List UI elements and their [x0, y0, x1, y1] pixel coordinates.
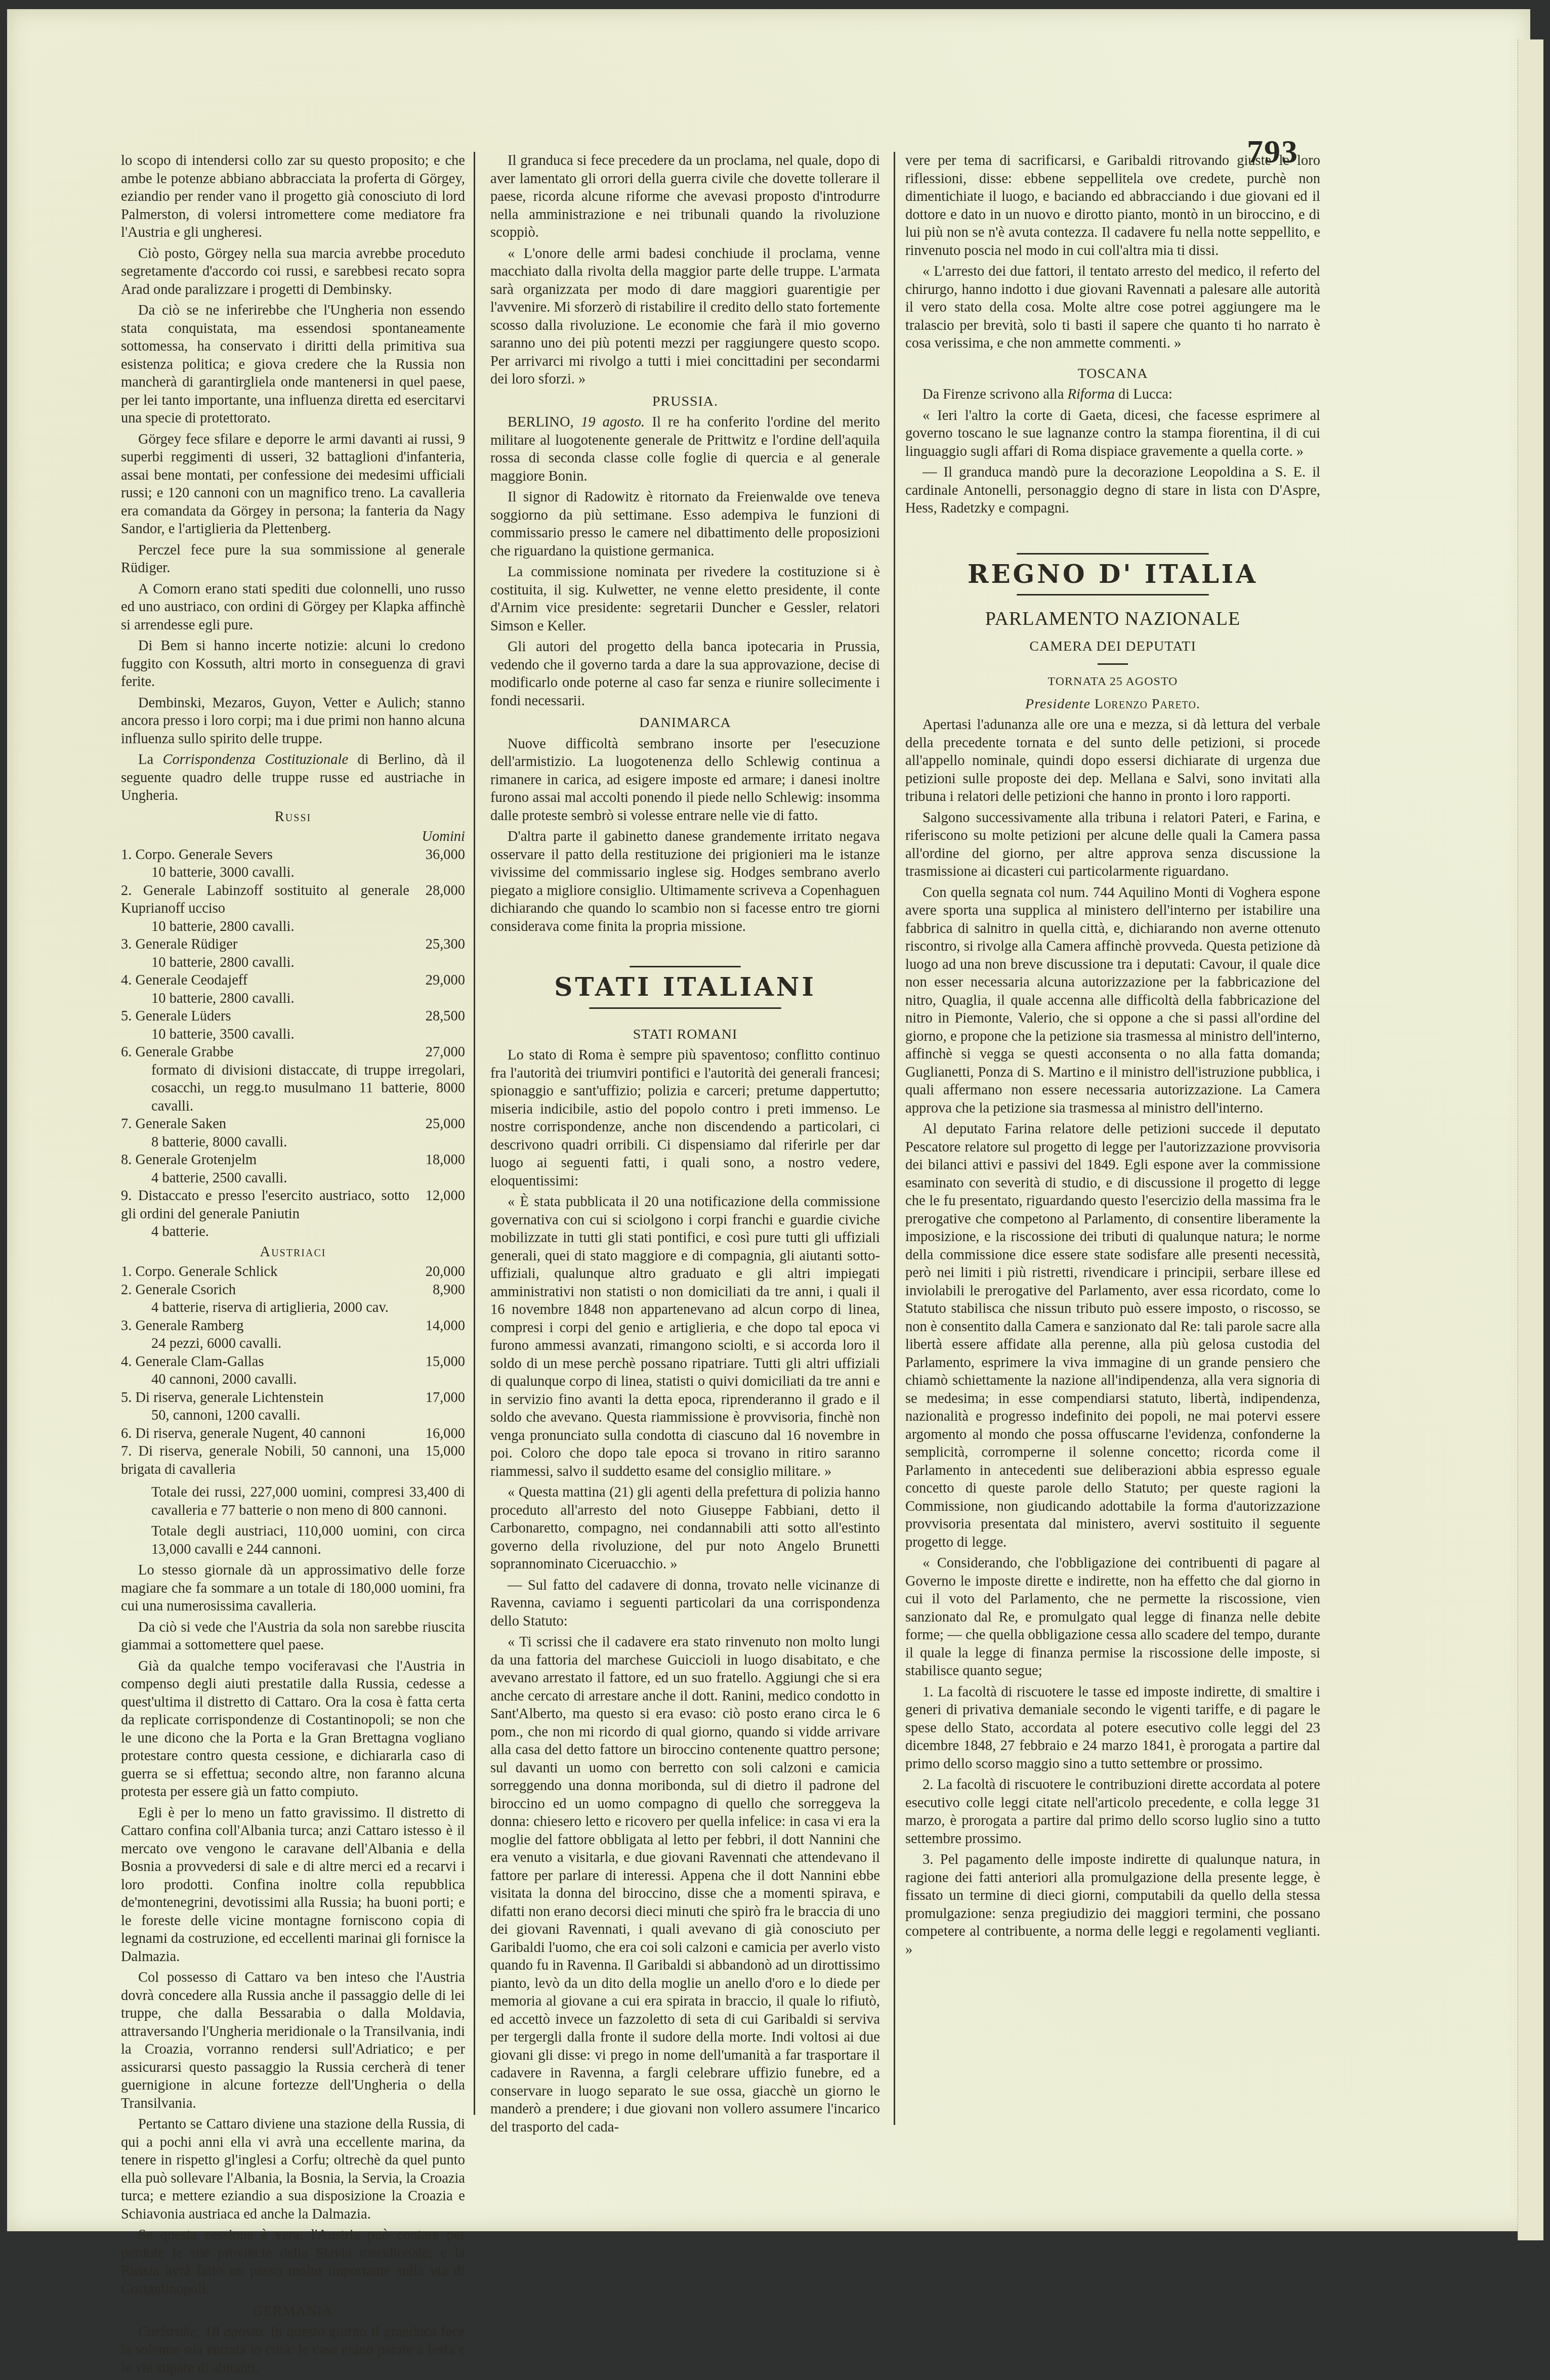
- section-heading-prussia: PRUSSIA.: [490, 393, 880, 411]
- unit-label: 9. Distaccato e presso l'esercito austri…: [121, 1187, 409, 1223]
- dateline-date: 19 agosto.: [581, 414, 645, 430]
- unit-label: 6. Generale Grabbe: [121, 1043, 409, 1061]
- heading-camera: CAMERA DEI DEPUTATI: [905, 637, 1320, 656]
- unit-detail: 8 batterie, 8000 cavalli.: [121, 1133, 465, 1152]
- unit-label: 2. Generale Labinzoff sostituito al gene…: [121, 882, 409, 918]
- page-edge: [1518, 39, 1543, 2235]
- unit-detail: 24 pezzi, 6000 cavalli.: [121, 1335, 465, 1353]
- paragraph: « L'onore delle armi badesi conchiude il…: [490, 245, 880, 389]
- unit-men: 25,300: [409, 936, 465, 954]
- paragraph: Già da qualche tempo vociferavasi che l'…: [121, 1657, 465, 1801]
- table-row: 6. Di riserva, generale Nugent, 40 canno…: [121, 1425, 465, 1443]
- unit-detail: 10 batterie, 2800 cavalli.: [121, 918, 465, 936]
- paragraph: « È stata pubblicata il 20 una notificaz…: [490, 1193, 880, 1480]
- unit-men: 15,000: [409, 1442, 465, 1461]
- unit-men: 25,000: [409, 1115, 465, 1133]
- paragraph: Da ciò si vede che l'Austria da sola non…: [121, 1619, 465, 1654]
- paragraph: Egli è per lo meno un fatto gravissimo. …: [121, 1804, 465, 1966]
- table-row: 4. Generale Ceodajeff29,000: [121, 971, 465, 990]
- section-heading-danimarca: DANIMARCA: [490, 714, 880, 732]
- paragraph: Gli autori del progetto della banca ipot…: [490, 638, 880, 710]
- column-3: vere per tema di sacrificarsi, e Garibal…: [905, 152, 1320, 1962]
- paragraph: Lo stesso giornale dà un approssimativo …: [121, 1561, 465, 1616]
- unit-men: 36,000: [409, 846, 465, 864]
- paragraph: Il signor di Radowitz è ritornato da Fre…: [490, 488, 880, 560]
- unit-detail: formato di divisioni distaccate, di trup…: [121, 1061, 465, 1116]
- table-row: 3. Generale Ramberg14,000: [121, 1317, 465, 1335]
- column-rule: [474, 152, 475, 2115]
- unit-label: 2. Generale Csorich: [121, 1281, 409, 1299]
- paragraph: La commissione nominata per rivedere la …: [490, 563, 880, 635]
- unit-label: 6. Di riserva, generale Nugent, 40 canno…: [121, 1425, 409, 1443]
- paragraph: « Ieri l'altro la corte di Gaeta, dicesi…: [905, 407, 1320, 461]
- paragraph: Pertanto se Cattaro diviene una stazione…: [121, 2115, 465, 2223]
- table-row: 6. Generale Grabbe27,000: [121, 1043, 465, 1061]
- unit-men: 8,900: [409, 1281, 465, 1299]
- unit-label: 3. Generale Ramberg: [121, 1317, 409, 1335]
- paragraph: Perczel fece pure la sua sommissione al …: [121, 541, 465, 577]
- column-2: Il granduca si fece precedere da un proc…: [490, 152, 880, 2139]
- paragraph: Apertasi l'adunanza alle ore una e mezza…: [905, 716, 1320, 806]
- table-column-header: Uomini: [121, 828, 465, 846]
- paragraph: Con quella segnata col num. 744 Aquilino…: [905, 884, 1320, 1118]
- total-austriaci: Totale degli austriaci, 110,000 uomini, …: [121, 1522, 465, 1558]
- unit-men: 29,000: [409, 971, 465, 990]
- paragraph: lo scopo di intendersi collo zar su ques…: [121, 152, 465, 242]
- table-row: 5. Di riserva, generale Lichtenstein17,0…: [121, 1389, 465, 1407]
- paragraph: Di Bem si hanno incerte notizie: alcuni …: [121, 637, 465, 691]
- section-heading-regno: REGNO D' ITALIA: [905, 565, 1320, 583]
- paragraph: 1. La facoltà di riscuotere le tasse ed …: [905, 1683, 1320, 1773]
- unit-label: 8. Generale Grotenjelm: [121, 1151, 409, 1169]
- unit-men: 16,000: [409, 1425, 465, 1443]
- paragraph: Col possesso di Cattaro va ben inteso ch…: [121, 1969, 465, 2112]
- paragraph: D'altra parte il gabinetto danese grande…: [490, 828, 880, 936]
- unit-men: 28,000: [409, 882, 465, 900]
- table-row: 5. Generale Lüders28,500: [121, 1007, 465, 1026]
- unit-detail: 10 batterie, 3000 cavalli.: [121, 864, 465, 882]
- unit-label: 4. Generale Clam-Gallas: [121, 1353, 409, 1371]
- unit-label: 7. Di riserva, generale Nobili, 50 canno…: [121, 1442, 409, 1478]
- paragraph: 2. La facoltà di riscuotere le contribuz…: [905, 1776, 1320, 1848]
- table-row: 9. Distaccato e presso l'esercito austri…: [121, 1187, 465, 1223]
- table-row: 1. Corpo. Generale Severs36,000: [121, 846, 465, 864]
- unit-label: 5. Generale Lüders: [121, 1007, 409, 1026]
- unit-detail: 10 batterie, 2800 cavalli.: [121, 954, 465, 972]
- paragraph: « Ti scrissi che il cadavere era stato r…: [490, 1633, 880, 2136]
- unit-men: 18,000: [409, 1151, 465, 1169]
- unit-men: 27,000: [409, 1043, 465, 1061]
- dateline-place: BERLINO,: [508, 414, 574, 430]
- column-1: lo scopo di intendersi collo zar su ques…: [121, 152, 465, 2235]
- total-russi: Totale dei russi, 227,000 uomini, compre…: [121, 1483, 465, 1519]
- unit-men: 14,000: [409, 1317, 465, 1335]
- source-title: Riforma: [1067, 387, 1114, 402]
- paragraph: 3. Pel pagamento delle imposte indirette…: [905, 1851, 1320, 1959]
- table-row: 3. Generale Rüdiger25,300: [121, 936, 465, 954]
- paragraph: Da Firenze scrivono alla Riforma di Lucc…: [905, 386, 1320, 404]
- unit-detail: 4 batterie, riserva di artiglieria, 2000…: [121, 1299, 465, 1317]
- unit-men: 15,000: [409, 1353, 465, 1371]
- unit-men: 17,000: [409, 1389, 465, 1407]
- unit-label: 7. Generale Saken: [121, 1115, 409, 1133]
- ornament-divider: [1017, 551, 1209, 556]
- table-section-russi: Russi: [121, 808, 465, 826]
- ornament-divider: [589, 1005, 781, 1010]
- paragraph: Il granduca si fece precedere da un proc…: [490, 152, 880, 242]
- heading-presidente: Presidente Lorenzo Pareto.: [905, 695, 1320, 713]
- unit-men: 28,500: [409, 1007, 465, 1026]
- heading-parlamento: PARLAMENTO NAZIONALE: [905, 610, 1320, 628]
- table-row: 4. Generale Clam-Gallas15,000: [121, 1353, 465, 1371]
- paragraph: « Questa mattina (21) gli agenti della p…: [490, 1483, 880, 1574]
- paragraph: Görgey fece sfilare e deporre le armi da…: [121, 431, 465, 538]
- paragraph: « Considerando, che l'obbligazione dei c…: [905, 1554, 1320, 1680]
- ornament-divider: [1017, 592, 1209, 597]
- table-row: 2. Generale Labinzoff sostituito al gene…: [121, 882, 465, 918]
- table-row: 7. Generale Saken25,000: [121, 1115, 465, 1133]
- section-heading-stati-italiani: STATI ITALIANI: [490, 978, 880, 996]
- table-row: 2. Generale Csorich8,900: [121, 1281, 465, 1299]
- table-section-austriaci: Austriaci: [121, 1243, 465, 1261]
- unit-label: 1. Corpo. Generale Schlick: [121, 1263, 409, 1281]
- paragraph: Se questa cessione è vera, l'Austria può…: [121, 2226, 465, 2235]
- unit-detail: 40 cannoni, 2000 cavalli.: [121, 1371, 465, 1389]
- table-row: 8. Generale Grotenjelm18,000: [121, 1151, 465, 1169]
- paragraph: — Il granduca mandò pure la decorazione …: [905, 463, 1320, 518]
- column-rule: [894, 152, 895, 2125]
- table-intro: La Corrispondenza Costituzionale di Berl…: [121, 751, 465, 805]
- unit-label: 5. Di riserva, generale Lichtenstein: [121, 1389, 409, 1407]
- unit-detail: 4 batterie, 2500 cavalli.: [121, 1169, 465, 1187]
- paragraph: Ciò posto, Görgey nella sua marcia avreb…: [121, 245, 465, 299]
- table-row: 7. Di riserva, generale Nobili, 50 canno…: [121, 1442, 465, 1478]
- unit-detail: 10 batterie, 2800 cavalli.: [121, 990, 465, 1008]
- table-row: 1. Corpo. Generale Schlick20,000: [121, 1263, 465, 1281]
- section-heading-stati-romani: STATI ROMANI: [490, 1026, 880, 1044]
- short-divider: [1098, 663, 1128, 665]
- unit-detail: 50, cannoni, 1200 cavalli.: [121, 1407, 465, 1425]
- paragraph: vere per tema di sacrificarsi, e Garibal…: [905, 152, 1320, 260]
- paragraph: Al deputato Farina relatore delle petizi…: [905, 1120, 1320, 1551]
- ornament-divider: [630, 964, 741, 969]
- unit-label: 4. Generale Ceodajeff: [121, 971, 409, 990]
- source-title: Corrispondenza Costituzionale: [162, 752, 348, 768]
- paragraph: Lo stato di Roma è sempre più spaventoso…: [490, 1046, 880, 1190]
- paragraph: « L'arresto dei due fattori, il tentato …: [905, 263, 1320, 353]
- unit-detail: 10 batterie, 3500 cavalli.: [121, 1026, 465, 1044]
- paragraph: BERLINO, 19 agosto. Il re ha conferito l…: [490, 413, 880, 485]
- paragraph: Nuove difficoltà sembrano insorte per l'…: [490, 735, 880, 825]
- paragraph: Da ciò se ne inferirebbe che l'Ungheria …: [121, 302, 465, 428]
- paragraph: A Comorn erano stati spediti due colonne…: [121, 580, 465, 634]
- paragraph: Dembinski, Mezaros, Guyon, Vetter e Auli…: [121, 694, 465, 748]
- heading-tornata: TORNATA 25 AGOSTO: [905, 673, 1320, 691]
- newspaper-page: 793 lo scopo di intendersi collo zar su …: [7, 9, 1530, 2231]
- paragraph: — Sul fatto del cadavere di donna, trova…: [490, 1577, 880, 1631]
- troops-table: Russi Uomini 1. Corpo. Generale Severs36…: [121, 808, 465, 1479]
- unit-men: 20,000: [409, 1263, 465, 1281]
- paragraph: Salgono successivamente alla tribuna i r…: [905, 809, 1320, 881]
- unit-label: 3. Generale Rüdiger: [121, 936, 409, 954]
- section-heading-toscana: TOSCANA: [905, 365, 1320, 383]
- unit-men: 12,000: [409, 1187, 465, 1205]
- unit-label: 1. Corpo. Generale Severs: [121, 846, 409, 864]
- unit-detail: 4 batterie.: [121, 1223, 465, 1241]
